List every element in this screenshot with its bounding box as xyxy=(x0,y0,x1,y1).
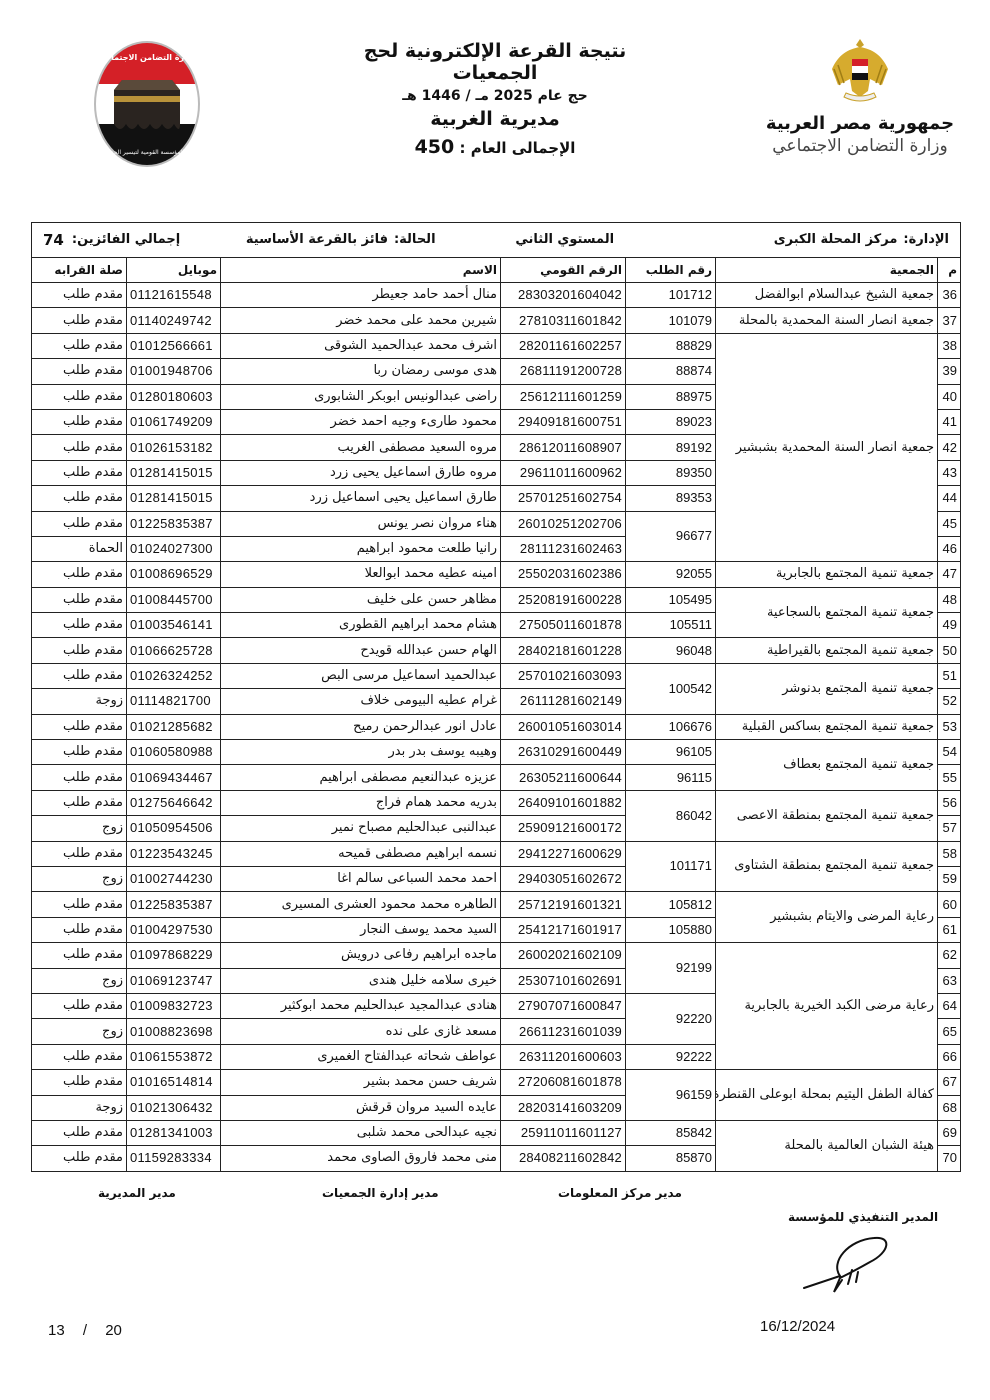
national-id-cell: 28612011608907 xyxy=(501,435,626,460)
request-number-cell: 96159 xyxy=(626,1070,716,1121)
grand-total-label: الإجمالى العام : xyxy=(459,139,575,157)
col-header-name: الاسم xyxy=(221,258,501,283)
mobile-cell: 01140249742 xyxy=(127,308,221,333)
national-id-cell: 26010251202706 xyxy=(501,511,626,536)
relation-cell: مقدم طلب xyxy=(32,740,127,765)
mobile-cell: 01016514814 xyxy=(127,1070,221,1095)
request-number-cell: 88975 xyxy=(626,384,716,409)
document-header: وزارة التضامن الاجتماعي المؤسسة القومية … xyxy=(0,0,990,215)
document-date: 16/12/2024 xyxy=(760,1318,835,1335)
relation-cell: مقدم طلب xyxy=(32,435,127,460)
name-cell: طارق اسماعيل يحيى اسماعيل زرد xyxy=(221,486,501,511)
association-cell: هيئة الشبان العالمية بالمحلة xyxy=(716,1120,938,1171)
association-cell: جمعية الشيخ عبدالسلام ابوالفضل xyxy=(716,283,938,308)
name-cell: هدى موسى رمضان ربا xyxy=(221,359,501,384)
mobile-cell: 01280180603 xyxy=(127,384,221,409)
relation-cell: زوج xyxy=(32,1019,127,1044)
national-id-cell: 25208191600228 xyxy=(501,587,626,612)
national-id-cell: 25909121600172 xyxy=(501,816,626,841)
relation-cell: مقدم طلب xyxy=(32,587,127,612)
mobile-cell: 01003546141 xyxy=(127,613,221,638)
association-cell: جمعية انصار السنة المحمدية بشبشير xyxy=(716,333,938,562)
mobile-cell: 01009832723 xyxy=(127,993,221,1018)
national-id-cell: 26111281602149 xyxy=(501,689,626,714)
name-cell: هشام محمد ابراهيم القطورى xyxy=(221,613,501,638)
handwritten-signature-icon xyxy=(800,1232,890,1302)
row-number: 67 xyxy=(938,1070,961,1095)
request-number-cell: 105495 xyxy=(626,587,716,612)
relation-cell: مقدم طلب xyxy=(32,892,127,917)
national-id-cell: 28201161602257 xyxy=(501,333,626,358)
mobile-cell: 01061553872 xyxy=(127,1044,221,1069)
national-id-cell: 25712191601321 xyxy=(501,892,626,917)
association-cell: جمعية تنمية المجتمع بعطاف xyxy=(716,740,938,791)
relation-cell: مقدم طلب xyxy=(32,1044,127,1069)
admin-value: مركز المحلة الكبرى xyxy=(774,232,898,248)
mobile-cell: 01281415015 xyxy=(127,486,221,511)
association-cell: جمعية تنمية المجتمع بساكس القبلية xyxy=(716,714,938,739)
row-number: 49 xyxy=(938,613,961,638)
row-number: 61 xyxy=(938,917,961,942)
table-row: 38جمعية انصار السنة المحمدية بشبشير88829… xyxy=(32,333,961,358)
row-number: 55 xyxy=(938,765,961,790)
request-number-cell: 105812 xyxy=(626,892,716,917)
row-number: 54 xyxy=(938,740,961,765)
row-number: 59 xyxy=(938,866,961,891)
row-number: 52 xyxy=(938,689,961,714)
ministry-name: وزارة التضامن الاجتماعي xyxy=(760,136,960,156)
col-header-relation: صلة القرابه xyxy=(32,258,127,283)
national-id-cell: 26811191200728 xyxy=(501,359,626,384)
national-id-cell: 25701021603093 xyxy=(501,663,626,688)
table-row: 51جمعية تنمية المجتمع بدنوشر100542257010… xyxy=(32,663,961,688)
request-number-cell: 96115 xyxy=(626,765,716,790)
national-id-cell: 29412271600629 xyxy=(501,841,626,866)
national-id-cell: 25612111601259 xyxy=(501,384,626,409)
national-id-cell: 28402181601228 xyxy=(501,638,626,663)
page-current: 13 xyxy=(48,1322,65,1339)
relation-cell: زوجة xyxy=(32,689,127,714)
request-number-cell: 101171 xyxy=(626,841,716,892)
sig-info-center: مدير مركز المعلومات xyxy=(558,1186,682,1200)
mobile-cell: 01225835387 xyxy=(127,892,221,917)
relation-cell: مقدم طلب xyxy=(32,1070,127,1095)
national-id-cell: 27810311601842 xyxy=(501,308,626,333)
mobile-cell: 01021285682 xyxy=(127,714,221,739)
relation-cell: مقدم طلب xyxy=(32,841,127,866)
national-id-cell: 25911011601127 xyxy=(501,1120,626,1145)
national-id-cell: 25412171601917 xyxy=(501,917,626,942)
request-number-cell: 89192 xyxy=(626,435,716,460)
national-id-cell: 26001051603014 xyxy=(501,714,626,739)
table-row: 60رعاية المرضى والايتام بشبشير1058122571… xyxy=(32,892,961,917)
mobile-cell: 01281415015 xyxy=(127,460,221,485)
request-number-cell: 88829 xyxy=(626,333,716,358)
sig-executive-director: المدير التنفيذي للمؤسسة xyxy=(788,1210,938,1224)
national-id-cell: 29611011600962 xyxy=(501,460,626,485)
name-cell: اشرف محمد عبدالحميد الشوقى xyxy=(221,333,501,358)
association-cell: جمعية تنمية المجتمع بالجابرية xyxy=(716,562,938,587)
row-number: 62 xyxy=(938,943,961,968)
mobile-cell: 01223543245 xyxy=(127,841,221,866)
row-number: 50 xyxy=(938,638,961,663)
name-cell: نجيه عبدالحى محمد شلبى xyxy=(221,1120,501,1145)
association-cell: جمعية تنمية المجتمع بالقيراطية xyxy=(716,638,938,663)
relation-cell: مقدم طلب xyxy=(32,1120,127,1145)
row-number: 44 xyxy=(938,486,961,511)
national-id-cell: 25701251602754 xyxy=(501,486,626,511)
national-id-cell: 26611231601039 xyxy=(501,1019,626,1044)
name-cell: هنادى عبدالمجيد عبدالحليم محمد ابوكثير xyxy=(221,993,501,1018)
relation-cell: مقدم طلب xyxy=(32,613,127,638)
mobile-cell: 01069434467 xyxy=(127,765,221,790)
table-row: 53جمعية تنمية المجتمع بساكس القبلية10667… xyxy=(32,714,961,739)
mobile-cell: 01066625728 xyxy=(127,638,221,663)
row-number: 38 xyxy=(938,333,961,358)
request-number-cell: 96048 xyxy=(626,638,716,663)
row-number: 69 xyxy=(938,1120,961,1145)
winners-value: 74 xyxy=(43,232,64,248)
relation-cell: مقدم طلب xyxy=(32,790,127,815)
name-cell: مروه طارق اسماعيل يحيى زرد xyxy=(221,460,501,485)
row-number: 60 xyxy=(938,892,961,917)
association-cell: جمعية تنمية المجتمع بدنوشر xyxy=(716,663,938,714)
mobile-cell: 01008823698 xyxy=(127,1019,221,1044)
mobile-cell: 01114821700 xyxy=(127,689,221,714)
relation-cell: مقدم طلب xyxy=(32,993,127,1018)
status-label: الحالة: xyxy=(394,232,436,248)
page-indicator: 13 / 20 xyxy=(48,1322,122,1339)
request-number-cell: 85870 xyxy=(626,1146,716,1171)
kaaba-ministry-seal-icon: وزارة التضامن الاجتماعي المؤسسة القومية … xyxy=(88,32,206,174)
national-id-cell: 27505011601878 xyxy=(501,613,626,638)
name-cell: عادل انور عبدالرحمن رميح xyxy=(221,714,501,739)
mobile-cell: 01012566661 xyxy=(127,333,221,358)
relation-cell: مقدم طلب xyxy=(32,460,127,485)
table-row: 56جمعية تنمية المجتمع بمنطقة الاعصى86042… xyxy=(32,790,961,815)
row-number: 36 xyxy=(938,283,961,308)
request-number-cell: 89353 xyxy=(626,486,716,511)
mobile-cell: 01061749209 xyxy=(127,409,221,434)
row-number: 51 xyxy=(938,663,961,688)
title-block: نتيجة القرعة الإلكترونية لحج الجمعيات حج… xyxy=(330,40,660,158)
mobile-cell: 01021306432 xyxy=(127,1095,221,1120)
mobile-cell: 01001948706 xyxy=(127,359,221,384)
name-cell: خيرى سلامه خليل هندى xyxy=(221,968,501,993)
row-number: 42 xyxy=(938,435,961,460)
svg-text:المؤسسة القومية لتيسير الحج: المؤسسة القومية لتيسير الحج xyxy=(110,149,185,156)
col-header-request-no: رقم الطلب xyxy=(626,258,716,283)
request-number-cell: 105511 xyxy=(626,613,716,638)
request-number-cell: 92199 xyxy=(626,943,716,994)
request-number-cell: 101712 xyxy=(626,283,716,308)
name-cell: الطاهره محمد محمود العشرى المسيرى xyxy=(221,892,501,917)
request-number-cell: 85842 xyxy=(626,1120,716,1145)
relation-cell: مقدم طلب xyxy=(32,1146,127,1171)
association-cell: جمعية تنمية المجتمع بمنطقة الشتاوى xyxy=(716,841,938,892)
national-id-cell: 27206081601878 xyxy=(501,1070,626,1095)
name-cell: راضى عبدالونيس ابوبكر الشابورى xyxy=(221,384,501,409)
svg-text:وزارة التضامن الاجتماعي: وزارة التضامن الاجتماعي xyxy=(98,53,197,62)
mobile-cell: 01002744230 xyxy=(127,866,221,891)
request-number-cell: 89350 xyxy=(626,460,716,485)
mobile-cell: 01275646642 xyxy=(127,790,221,815)
name-cell: احمد محمد السباعى سالم اغا xyxy=(221,866,501,891)
name-cell: مروه السعيد مصطفى الغريب xyxy=(221,435,501,460)
row-number: 41 xyxy=(938,409,961,434)
row-number: 47 xyxy=(938,562,961,587)
national-id-cell: 26311201600603 xyxy=(501,1044,626,1069)
relation-cell: مقدم طلب xyxy=(32,511,127,536)
mobile-cell: 01050954506 xyxy=(127,816,221,841)
table-row: 37جمعية انصار السنة المحمدية بالمحلة1010… xyxy=(32,308,961,333)
row-number: 64 xyxy=(938,993,961,1018)
national-id-cell: 28303201604042 xyxy=(501,283,626,308)
table-row: 36جمعية الشيخ عبدالسلام ابوالفضل10171228… xyxy=(32,283,961,308)
request-number-cell: 96677 xyxy=(626,511,716,562)
row-number: 37 xyxy=(938,308,961,333)
relation-cell: زوجة xyxy=(32,1095,127,1120)
relation-cell: زوج xyxy=(32,866,127,891)
relation-cell: مقدم طلب xyxy=(32,765,127,790)
mobile-cell: 01008445700 xyxy=(127,587,221,612)
row-number: 53 xyxy=(938,714,961,739)
row-number: 70 xyxy=(938,1146,961,1171)
col-header-national-id: الرقم القومي xyxy=(501,258,626,283)
relation-cell: مقدم طلب xyxy=(32,283,127,308)
row-number: 57 xyxy=(938,816,961,841)
relation-cell: مقدم طلب xyxy=(32,333,127,358)
relation-cell: مقدم طلب xyxy=(32,359,127,384)
relation-cell: مقدم طلب xyxy=(32,486,127,511)
mobile-cell: 01281341003 xyxy=(127,1120,221,1145)
row-number: 43 xyxy=(938,460,961,485)
table-header-row: م الجمعية رقم الطلب الرقم القومي الاسم م… xyxy=(32,258,961,283)
relation-cell: الحماة xyxy=(32,536,127,561)
document-title: نتيجة القرعة الإلكترونية لحج الجمعيات xyxy=(330,40,660,84)
mobile-cell: 01225835387 xyxy=(127,511,221,536)
table-row: 47جمعية تنمية المجتمع بالجابرية920552550… xyxy=(32,562,961,587)
mobile-cell: 01026324252 xyxy=(127,663,221,688)
name-cell: محمود طارىء وجيه احمد خضر xyxy=(221,409,501,434)
name-cell: بدريه محمد همام فراج xyxy=(221,790,501,815)
name-cell: امينه عطيه محمد ابوالعلا xyxy=(221,562,501,587)
name-cell: مسعد غازى على نده xyxy=(221,1019,501,1044)
relation-cell: مقدم طلب xyxy=(32,562,127,587)
name-cell: وهيبه يوسف بدر بدر xyxy=(221,740,501,765)
republic-name: جمهورية مصر العربية xyxy=(760,113,960,134)
row-number: 48 xyxy=(938,587,961,612)
row-number: 56 xyxy=(938,790,961,815)
hajj-year: حج عام 2025 مـ / 1446 هـ xyxy=(330,88,660,104)
national-id-cell: 26409101601882 xyxy=(501,790,626,815)
table-body: 36جمعية الشيخ عبدالسلام ابوالفضل10171228… xyxy=(32,283,961,1172)
mobile-cell: 01159283334 xyxy=(127,1146,221,1171)
row-number: 58 xyxy=(938,841,961,866)
table-row: 54جمعية تنمية المجتمع بعطاف9610526310291… xyxy=(32,740,961,765)
row-number: 63 xyxy=(938,968,961,993)
table-row: 67كفالة الطفل اليتيم بمحلة ابوعلى القنطر… xyxy=(32,1070,961,1095)
request-number-cell: 101079 xyxy=(626,308,716,333)
level-text: المستوي الثاني xyxy=(515,232,614,248)
relation-cell: مقدم طلب xyxy=(32,384,127,409)
row-number: 39 xyxy=(938,359,961,384)
relation-cell: زوج xyxy=(32,816,127,841)
name-cell: مظاهر حسن على خليف xyxy=(221,587,501,612)
relation-cell: مقدم طلب xyxy=(32,638,127,663)
relation-cell: مقدم طلب xyxy=(32,409,127,434)
table-row: 58جمعية تنمية المجتمع بمنطقة الشتاوى1011… xyxy=(32,841,961,866)
mobile-cell: 01121615548 xyxy=(127,283,221,308)
admin-label: الإدارة: xyxy=(903,232,949,248)
request-number-cell: 105880 xyxy=(626,917,716,942)
association-cell: كفالة الطفل اليتيم بمحلة ابوعلى القنطرة xyxy=(716,1070,938,1121)
name-cell: عواطف شحاته عبدالفتاح الغميرى xyxy=(221,1044,501,1069)
sig-assoc-admin: مدير إدارة الجمعيات xyxy=(322,1186,439,1200)
name-cell: غرام عطيه البيومى خلاف xyxy=(221,689,501,714)
request-number-cell: 106676 xyxy=(626,714,716,739)
name-cell: شيرين محمد على محمد خضر xyxy=(221,308,501,333)
col-header-mobile: موبايل xyxy=(127,258,221,283)
row-number: 46 xyxy=(938,536,961,561)
row-number: 40 xyxy=(938,384,961,409)
name-cell: شريف حسن محمد بشير xyxy=(221,1070,501,1095)
table-row: 48جمعية تنمية المجتمع بالسجاعية105495252… xyxy=(32,587,961,612)
request-number-cell: 92222 xyxy=(626,1044,716,1069)
request-number-cell: 89023 xyxy=(626,409,716,434)
name-cell: عزيزه عبدالنعيم مصطفى ابراهيم xyxy=(221,765,501,790)
national-id-cell: 26002021602109 xyxy=(501,943,626,968)
relation-cell: مقدم طلب xyxy=(32,943,127,968)
name-cell: عبدالحميد اسماعيل مرسى البص xyxy=(221,663,501,688)
row-number: 65 xyxy=(938,1019,961,1044)
name-cell: عبدالنبى عبدالحليم مصباح نمير xyxy=(221,816,501,841)
status-value: فائز بالقرعة الأساسية xyxy=(246,232,388,248)
national-id-cell: 29409181600751 xyxy=(501,409,626,434)
name-cell: رانيا طلعت محمود ابراهيم xyxy=(221,536,501,561)
row-number: 66 xyxy=(938,1044,961,1069)
name-cell: منال أحمد حامد جعيطر xyxy=(221,283,501,308)
mobile-cell: 01024027300 xyxy=(127,536,221,561)
winners-table: الإدارة: مركز المحلة الكبرى المستوي الثا… xyxy=(31,222,961,1172)
grand-total: الإجمالى العام : 450 xyxy=(330,136,660,158)
name-cell: هناء مروان نصر يونس xyxy=(221,511,501,536)
national-id-cell: 25307101602691 xyxy=(501,968,626,993)
association-cell: رعاية المرضى والايتام بشبشير xyxy=(716,892,938,943)
request-number-cell: 88874 xyxy=(626,359,716,384)
national-id-cell: 28203141603209 xyxy=(501,1095,626,1120)
table-row: 62رعاية مرضى الكبد الخيرية بالجابرية9219… xyxy=(32,943,961,968)
relation-cell: زوج xyxy=(32,968,127,993)
grand-total-value: 450 xyxy=(415,136,455,158)
name-cell: الهام حسن عبدالله قويدح xyxy=(221,638,501,663)
table-row: 50جمعية تنمية المجتمع بالقيراطية96048284… xyxy=(32,638,961,663)
request-number-cell: 92055 xyxy=(626,562,716,587)
mobile-cell: 01060580988 xyxy=(127,740,221,765)
directorate-name: مديرية الغربية xyxy=(330,108,660,130)
page-total: 20 xyxy=(105,1322,122,1339)
page-separator: / xyxy=(83,1322,87,1339)
mobile-cell: 01004297530 xyxy=(127,917,221,942)
association-cell: رعاية مرضى الكبد الخيرية بالجابرية xyxy=(716,943,938,1070)
request-number-cell: 86042 xyxy=(626,790,716,841)
relation-cell: مقدم طلب xyxy=(32,308,127,333)
national-id-cell: 29403051602672 xyxy=(501,866,626,891)
national-id-cell: 28408211602842 xyxy=(501,1146,626,1171)
winners-label: إجمالي الفائزين: xyxy=(72,232,180,248)
request-number-cell: 96105 xyxy=(626,740,716,765)
info-cell: الإدارة: مركز المحلة الكبرى المستوي الثا… xyxy=(32,223,961,258)
row-number: 68 xyxy=(938,1095,961,1120)
egypt-republic-logo: جمهورية مصر العربية وزارة التضامن الاجتم… xyxy=(760,35,960,185)
national-id-cell: 26305211600644 xyxy=(501,765,626,790)
mobile-cell: 01069123747 xyxy=(127,968,221,993)
request-number-cell: 100542 xyxy=(626,663,716,714)
national-id-cell: 28111231602463 xyxy=(501,536,626,561)
egypt-eagle-emblem-icon xyxy=(760,35,960,109)
name-cell: السيد محمد يوسف النجار xyxy=(221,917,501,942)
association-cell: جمعية تنمية المجتمع بمنطقة الاعصى xyxy=(716,790,938,841)
info-row: الإدارة: مركز المحلة الكبرى المستوي الثا… xyxy=(32,223,961,258)
table-row: 69هيئة الشبان العالمية بالمحلة8584225911… xyxy=(32,1120,961,1145)
request-number-cell: 92220 xyxy=(626,993,716,1044)
national-id-cell: 25502031602386 xyxy=(501,562,626,587)
name-cell: نسمه ابراهيم مصطفى قميحه xyxy=(221,841,501,866)
national-id-cell: 26310291600449 xyxy=(501,740,626,765)
relation-cell: مقدم طلب xyxy=(32,917,127,942)
row-number: 45 xyxy=(938,511,961,536)
mobile-cell: 01008696529 xyxy=(127,562,221,587)
col-header-m: م xyxy=(938,258,961,283)
name-cell: عايده السيد مروان قرقش xyxy=(221,1095,501,1120)
sig-directorate: مدير المديرية xyxy=(98,1186,176,1200)
name-cell: منى محمد فاروق الصاوى محمد xyxy=(221,1146,501,1171)
relation-cell: مقدم طلب xyxy=(32,663,127,688)
col-header-association: الجمعية xyxy=(716,258,938,283)
national-id-cell: 27907071600847 xyxy=(501,993,626,1018)
relation-cell: مقدم طلب xyxy=(32,714,127,739)
association-cell: جمعية تنمية المجتمع بالسجاعية xyxy=(716,587,938,638)
association-cell: جمعية انصار السنة المحمدية بالمحلة xyxy=(716,308,938,333)
mobile-cell: 01026153182 xyxy=(127,435,221,460)
name-cell: ماجده ابراهيم رفاعى درويش xyxy=(221,943,501,968)
mobile-cell: 01097868229 xyxy=(127,943,221,968)
